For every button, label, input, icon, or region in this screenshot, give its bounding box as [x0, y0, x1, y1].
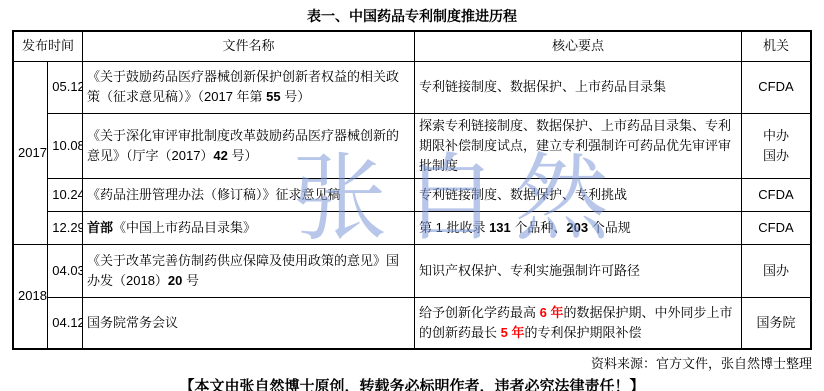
source-note: 资料来源：官方文件，张自然博士整理: [0, 353, 812, 372]
core-points-cell: 给予创新化学药最高 6 年的数据保护期、中外同步上市的创新药最长 5 年的专利保…: [415, 297, 742, 349]
date-cell: 10.08: [48, 113, 83, 178]
table-row: 2017 05.12 《关于鼓励药品医疗器械创新保护创新者权益的相关政策（征求意…: [13, 61, 811, 113]
date-cell: 04.03: [48, 244, 83, 297]
copyright-footer: 【本文由张自然博士原创，转载务必标明作者，违者必究法律责任！】: [0, 375, 824, 391]
document-name-cell: 《关于改革完善仿制药供应保障及使用政策的意见》国办发（2018）20 号: [83, 244, 415, 297]
table-row: 2018 04.03 《关于改革完善仿制药供应保障及使用政策的意见》国办发（20…: [13, 244, 811, 297]
col-header-document-name: 文件名称: [83, 31, 415, 61]
date-cell: 10.24: [48, 178, 83, 211]
core-points-cell: 探索专利链接制度、数据保护、上市药品目录集、专利期限补偿制度试点，建立专利强制许…: [415, 113, 742, 178]
core-points-cell: 知识产权保护、专利实施强制许可路径: [415, 244, 742, 297]
document-name-cell: 首部《中国上市药品目录集》: [83, 211, 415, 244]
table-row: 12.29 首部《中国上市药品目录集》 第 1 批收录 131 个品种、203 …: [13, 211, 811, 244]
table-row: 10.08 《关于深化审评审批制度改革鼓励药品医疗器械创新的意见》（厅字（201…: [13, 113, 811, 178]
date-cell: 12.29: [48, 211, 83, 244]
agency-cell: 国办: [742, 244, 812, 297]
core-points-cell: 专利链接制度、数据保护、上市药品目录集: [415, 61, 742, 113]
col-header-core-points: 核心要点: [415, 31, 742, 61]
col-header-agency: 机关: [742, 31, 812, 61]
year-cell-2018: 2018: [13, 244, 48, 349]
header-row: 发布时间 文件名称 核心要点 机关: [13, 31, 811, 61]
document-name-cell: 《关于深化审评审批制度改革鼓励药品医疗器械创新的意见》（厅字（2017）42 号…: [83, 113, 415, 178]
document-name-cell: 《药品注册管理办法（修订稿）》征求意见稿: [83, 178, 415, 211]
table-row: 10.24 《药品注册管理办法（修订稿）》征求意见稿 专利链接制度、数据保护、专…: [13, 178, 811, 211]
agency-cell: CFDA: [742, 211, 812, 244]
document-name-cell: 国务院常务会议: [83, 297, 415, 349]
year-cell-2017: 2017: [13, 61, 48, 244]
agency-cell: 国务院: [742, 297, 812, 349]
table-title: 表一、中国药品专利制度推进历程: [0, 6, 824, 26]
patent-policy-table: 发布时间 文件名称 核心要点 机关 2017 05.12 《关于鼓励药品医疗器械…: [12, 30, 812, 350]
core-points-cell: 专利链接制度、数据保护、专利挑战: [415, 178, 742, 211]
date-cell: 04.12: [48, 297, 83, 349]
agency-cell: CFDA: [742, 178, 812, 211]
agency-cell: CFDA: [742, 61, 812, 113]
date-cell: 05.12: [48, 61, 83, 113]
table-row: 04.12 国务院常务会议 给予创新化学药最高 6 年的数据保护期、中外同步上市…: [13, 297, 811, 349]
core-points-cell: 第 1 批收录 131 个品种、203 个品规: [415, 211, 742, 244]
document-name-cell: 《关于鼓励药品医疗器械创新保护创新者权益的相关政策（征求意见稿）》（2017 年…: [83, 61, 415, 113]
col-header-publish-time: 发布时间: [13, 31, 83, 61]
agency-cell: 中办 国办: [742, 113, 812, 178]
